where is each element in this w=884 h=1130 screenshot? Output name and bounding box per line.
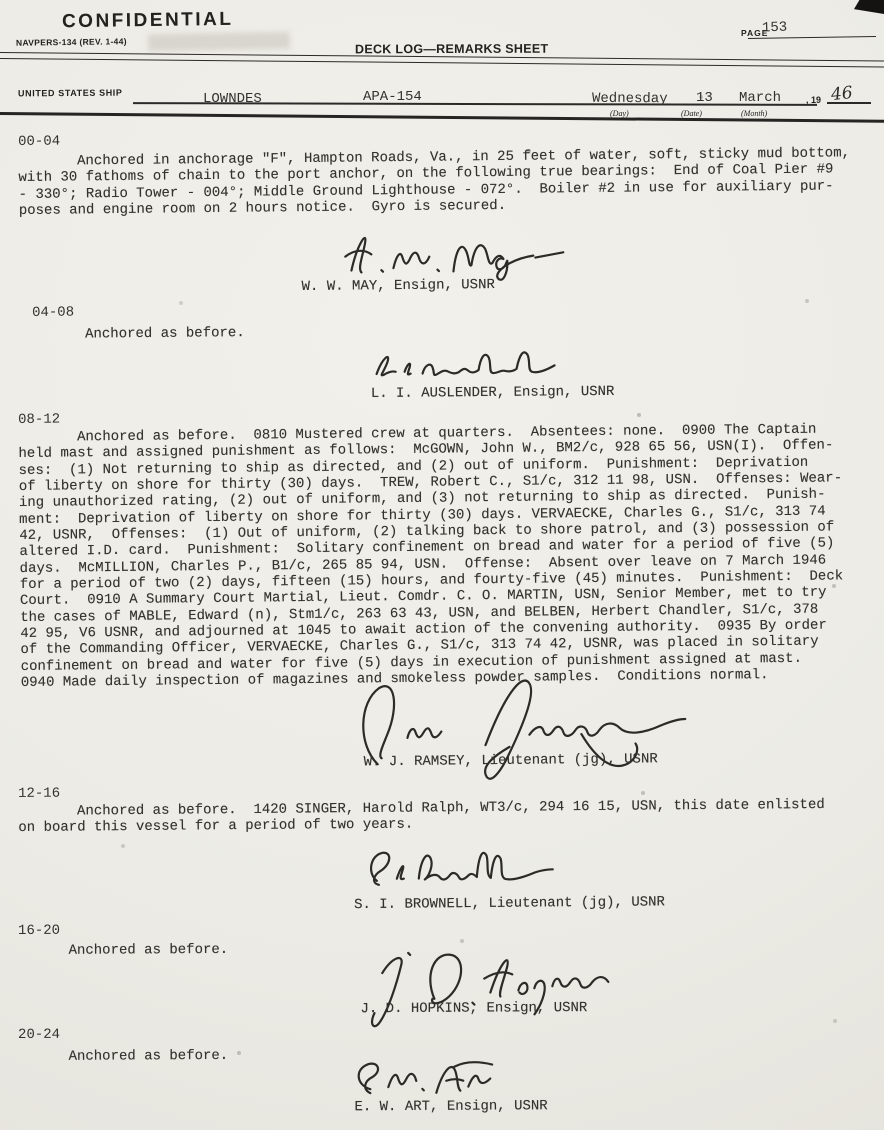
entry-text-paragraph: Anchored as before. <box>26 320 882 344</box>
faded-stamp-mark <box>148 32 290 51</box>
scan-corner-artifact <box>854 0 884 14</box>
log-entry-04-08: 04-08 Anchored as before. L. I. AUSLENDE… <box>26 298 882 305</box>
signer-typed-name: S. I. BROWNELL, Lieutenant (jg), USNR <box>354 894 665 913</box>
hull-number: APA-154 <box>363 89 422 105</box>
entry-text-paragraph: Anchored as before. 0810 Mustered crew a… <box>18 421 877 691</box>
watch-period-label: 16-20 <box>18 923 60 939</box>
classification-banner: CONFIDENTIAL <box>62 9 234 33</box>
watch-period-label: 12-16 <box>18 786 60 802</box>
signer-typed-name: J. D. HOPKINS, Ensign, USNR <box>360 1000 587 1017</box>
signer-typed-name: E. W. ART, Ensign, USNR <box>354 1098 547 1115</box>
date-field-label: (Date) <box>681 109 702 118</box>
signature-auslender-handwriting-icon <box>364 342 560 386</box>
month-name: March <box>739 90 781 106</box>
entry-text-paragraph: Anchored in anchorage "F", Hampton Roads… <box>18 145 875 219</box>
date-number: 13 <box>696 90 713 106</box>
brownell-signature-icon <box>357 841 562 897</box>
signature-ramsey-handwriting-icon <box>343 669 689 791</box>
page-number: 153 <box>762 20 788 37</box>
log-entry-16-20: 16-20 Anchored as before. J. D. HOPKINS,… <box>18 919 874 923</box>
signer-typed-name: W. W. MAY, Ensign, USNR <box>302 277 495 295</box>
signature-brownell-handwriting-icon <box>357 841 562 897</box>
watch-period-label: 04-08 <box>32 305 74 321</box>
ship-name: LOWNDES <box>203 91 262 107</box>
ramsey-signature-icon <box>343 669 689 791</box>
log-entry-08-12: 08-12 Anchored as before. 0810 Mustered … <box>18 403 874 412</box>
auslender-signature-icon <box>364 342 560 386</box>
log-entry-00-04: 00-04 Anchored in anchorage "F", Hampton… <box>18 125 874 134</box>
may-signature-icon <box>337 224 566 282</box>
paper-speckles <box>0 0 2 2</box>
signature-may-handwriting-icon <box>337 224 566 282</box>
month-field-label: (Month) <box>741 109 767 118</box>
watch-period-label: 20-24 <box>18 1027 60 1043</box>
united-states-ship-label: UNITED STATES SHIP <box>18 88 123 99</box>
log-text-line: Anchored as before. <box>26 320 882 344</box>
year-underline <box>827 102 871 104</box>
day-of-week: Wednesday <box>592 91 668 107</box>
deck-log-remarks-sheet: CONFIDENTIAL NAVPERS-134 (REV. 1-44) DEC… <box>0 0 884 1130</box>
watch-period-label: 00-04 <box>18 134 60 150</box>
watch-period-label: 08-12 <box>18 412 60 428</box>
signer-typed-name: L. I. AUSLENDER, Ensign, USNR <box>371 384 615 402</box>
entry-text-paragraph: Anchored as before. 1420 SINGER, Harold … <box>18 797 874 837</box>
signer-typed-name: W. J. RAMSEY, Lieutenant (jg), USNR <box>364 751 658 770</box>
form-number: NAVPERS-134 (REV. 1-44) <box>16 36 127 48</box>
year-prefix: , 19 <box>806 95 821 105</box>
form-title: DECK LOG—REMARKS SHEET <box>355 42 548 57</box>
